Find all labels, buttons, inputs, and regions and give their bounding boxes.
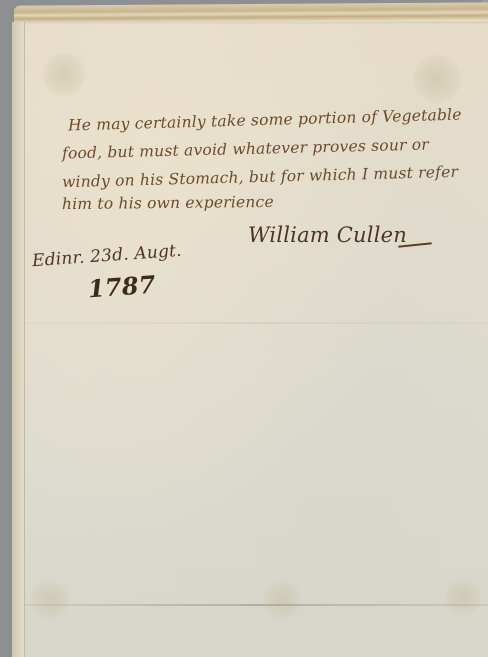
foxing-spot xyxy=(30,580,70,620)
foxing-spot xyxy=(412,54,462,104)
page-left-edge xyxy=(12,22,25,657)
foxing-spot xyxy=(444,578,482,616)
signature: William Cullen xyxy=(248,223,407,247)
year: 1787 xyxy=(87,270,156,304)
fold-crease xyxy=(12,322,488,324)
foxing-spot xyxy=(42,52,86,96)
fold-crease xyxy=(12,604,488,606)
body-line-4: him to his own experience xyxy=(62,193,274,213)
foxing-spot xyxy=(262,580,302,620)
